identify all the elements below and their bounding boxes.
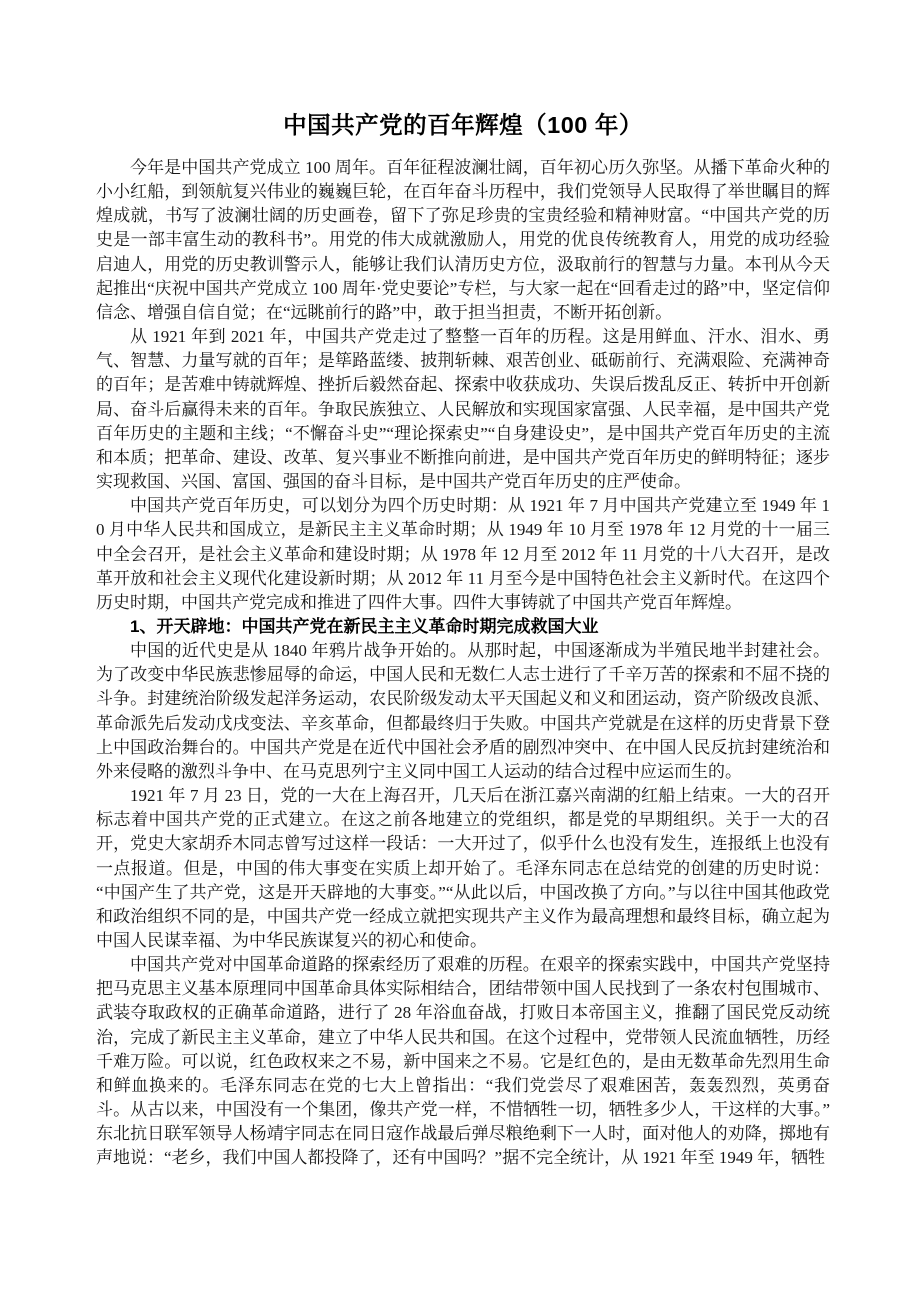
- paragraph-modern-history: 中国的近代史是从 1840 年鸦片战争开始的。从那时起，中国逐渐成为半殖民地半封…: [96, 639, 830, 784]
- section-heading-1: 1、开天辟地：中国共产党在新民主主义革命时期完成救国大业: [96, 615, 830, 639]
- paragraph-first-congress: 1921 年 7 月 23 日，党的一大在上海召开，几天后在浙江嘉兴南湖的红船上…: [96, 784, 830, 953]
- paragraph-hundred-years: 从 1921 年到 2021 年，中国共产党走过了整整一百年的历程。这是用鲜血、…: [96, 325, 830, 494]
- paragraph-intro: 今年是中国共产党成立 100 周年。百年征程波澜壮阔，百年初心历久弥坚。从播下革…: [96, 156, 830, 325]
- document-title: 中国共产党的百年辉煌（100 年）: [96, 108, 830, 142]
- paragraph-revolutionary-road: 中国共产党对中国革命道路的探索经历了艰难的历程。在艰辛的探索实践中，中国共产党坚…: [96, 953, 830, 1170]
- document-page: 中国共产党的百年辉煌（100 年） 今年是中国共产党成立 100 周年。百年征程…: [0, 0, 920, 1302]
- paragraph-four-periods: 中国共产党百年历史，可以划分为四个历史时期：从 1921 年 7 月中国共产党建…: [96, 494, 830, 615]
- document-content: 中国共产党的百年辉煌（100 年） 今年是中国共产党成立 100 周年。百年征程…: [96, 108, 830, 1171]
